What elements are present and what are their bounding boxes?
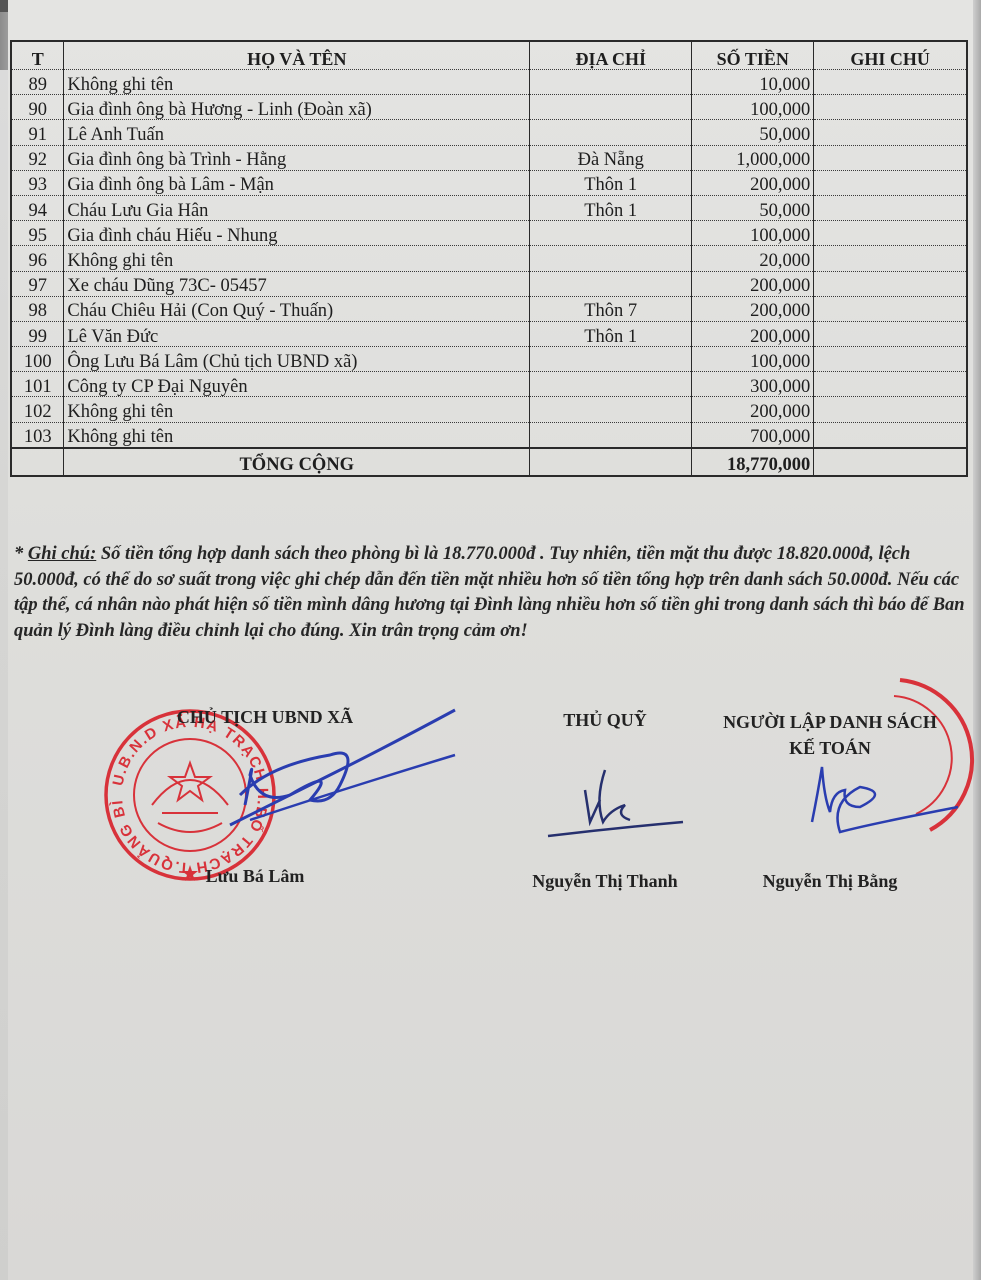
row-amount: 300,000 — [692, 372, 814, 397]
row-name: Ông Lưu Bá Lâm (Chủ tịch UBND xã) — [64, 347, 530, 372]
row-note — [814, 271, 967, 296]
row-note — [814, 321, 967, 346]
table-row: 96Không ghi tên20,000 — [11, 246, 967, 271]
chairman-name: Lưu Bá Lâm — [110, 866, 400, 887]
row-amount: 100,000 — [692, 221, 814, 246]
row-name: Xe cháu Dũng 73C- 05457 — [64, 271, 530, 296]
row-stt: 100 — [11, 347, 64, 372]
table-row: 92Gia đình ông bà Trình - HằngĐà Nẵng1,0… — [11, 145, 967, 170]
header-note: GHI CHÚ — [814, 41, 967, 70]
row-address — [530, 271, 692, 296]
row-stt: 94 — [11, 195, 64, 220]
row-amount: 200,000 — [692, 271, 814, 296]
row-amount: 200,000 — [692, 296, 814, 321]
table-row: 91Lê Anh Tuấn50,000 — [11, 120, 967, 145]
footnote-label: Ghi chú: — [28, 544, 96, 564]
table-row: 102Không ghi tên200,000 — [11, 397, 967, 422]
row-address — [530, 120, 692, 145]
row-note — [814, 170, 967, 195]
row-name: Không ghi tên — [64, 70, 530, 95]
treasurer-name: Nguyễn Thị Thanh — [520, 871, 690, 892]
row-note — [814, 397, 967, 422]
table-row: 95Gia đình cháu Hiếu - Nhung100,000 — [11, 221, 967, 246]
row-amount: 200,000 — [692, 170, 814, 195]
row-name: Gia đình ông bà Hương - Linh (Đoàn xã) — [64, 95, 530, 120]
row-stt: 103 — [11, 422, 64, 448]
row-amount: 50,000 — [692, 195, 814, 220]
row-address — [530, 221, 692, 246]
row-name: Cháu Chiêu Hải (Con Quý - Thuấn) — [64, 296, 530, 321]
total-row: TỔNG CỘNG 18,770,000 — [11, 448, 967, 476]
footnote-text: Số tiền tổng hợp danh sách theo phòng bì… — [14, 544, 965, 641]
table-row: 101Công ty CP Đại Nguyên300,000 — [11, 372, 967, 397]
background-edge-right — [973, 0, 981, 1280]
footnote: * Ghi chú: Số tiền tổng hợp danh sách th… — [14, 542, 969, 644]
row-note — [814, 195, 967, 220]
row-note — [814, 246, 967, 271]
row-stt: 90 — [11, 95, 64, 120]
row-address — [530, 372, 692, 397]
row-amount: 700,000 — [692, 422, 814, 448]
row-amount: 10,000 — [692, 70, 814, 95]
row-address — [530, 397, 692, 422]
row-name: Công ty CP Đại Nguyên — [64, 372, 530, 397]
row-stt: 96 — [11, 246, 64, 271]
row-stt: 98 — [11, 296, 64, 321]
row-stt: 92 — [11, 145, 64, 170]
row-note — [814, 95, 967, 120]
row-name: Lê Văn Đức — [64, 321, 530, 346]
row-name: Không ghi tên — [64, 246, 530, 271]
row-amount: 200,000 — [692, 397, 814, 422]
row-address — [530, 347, 692, 372]
table-row: 100Ông Lưu Bá Lâm (Chủ tịch UBND xã)100,… — [11, 347, 967, 372]
table-header-row: T HỌ VÀ TÊN ĐỊA CHỈ SỐ TIỀN GHI CHÚ — [11, 41, 967, 70]
row-amount: 1,000,000 — [692, 145, 814, 170]
row-note — [814, 296, 967, 321]
row-address: Thôn 7 — [530, 296, 692, 321]
row-amount: 50,000 — [692, 120, 814, 145]
row-amount: 20,000 — [692, 246, 814, 271]
table-row: 103Không ghi tên700,000 — [11, 422, 967, 448]
row-address: Đà Nẵng — [530, 145, 692, 170]
row-amount: 100,000 — [692, 347, 814, 372]
row-note — [814, 372, 967, 397]
row-name: Lê Anh Tuấn — [64, 120, 530, 145]
row-name: Không ghi tên — [64, 397, 530, 422]
table-row: 97Xe cháu Dũng 73C- 05457200,000 — [11, 271, 967, 296]
header-name: HỌ VÀ TÊN — [64, 41, 530, 70]
donation-table: T HỌ VÀ TÊN ĐỊA CHỈ SỐ TIỀN GHI CHÚ 89Kh… — [10, 40, 968, 477]
table-row: 93Gia đình ông bà Lâm - MậnThôn 1200,000 — [11, 170, 967, 195]
treasurer-title: THỦ QUỸ — [520, 707, 690, 733]
row-name: Không ghi tên — [64, 422, 530, 448]
header-amount: SỐ TIỀN — [692, 41, 814, 70]
table-row: 94Cháu Lưu Gia HânThôn 150,000 — [11, 195, 967, 220]
row-name: Gia đình ông bà Trình - Hằng — [64, 145, 530, 170]
row-name: Gia đình ông bà Lâm - Mận — [64, 170, 530, 195]
row-amount: 100,000 — [692, 95, 814, 120]
row-stt: 97 — [11, 271, 64, 296]
footnote-prefix: * — [14, 544, 28, 564]
row-name: Cháu Lưu Gia Hân — [64, 195, 530, 220]
header-stt: T — [11, 41, 64, 70]
row-address: Thôn 1 — [530, 195, 692, 220]
row-address — [530, 95, 692, 120]
table-row: 99Lê Văn ĐứcThôn 1200,000 — [11, 321, 967, 346]
row-note — [814, 221, 967, 246]
row-address — [530, 422, 692, 448]
signature-chairman-icon — [220, 705, 460, 835]
row-stt: 89 — [11, 70, 64, 95]
signature-treasurer-icon — [545, 760, 685, 840]
table-row: 90Gia đình ông bà Hương - Linh (Đoàn xã)… — [11, 95, 967, 120]
preparer-title-line2: KẾ TOÁN — [705, 735, 955, 761]
row-address — [530, 70, 692, 95]
total-amount: 18,770,000 — [692, 448, 814, 476]
preparer-name: Nguyễn Thị Bằng — [705, 871, 955, 892]
row-address: Thôn 1 — [530, 170, 692, 195]
row-address — [530, 246, 692, 271]
row-stt: 95 — [11, 221, 64, 246]
table-row: 89Không ghi tên10,000 — [11, 70, 967, 95]
row-stt: 102 — [11, 397, 64, 422]
row-note — [814, 422, 967, 448]
row-stt: 91 — [11, 120, 64, 145]
row-address: Thôn 1 — [530, 321, 692, 346]
signature-preparer-icon — [800, 762, 960, 837]
row-note — [814, 347, 967, 372]
row-note — [814, 145, 967, 170]
row-amount: 200,000 — [692, 321, 814, 346]
total-label: TỔNG CỘNG — [64, 448, 530, 476]
preparer-title-line1: NGƯỜI LẬP DANH SÁCH — [705, 709, 955, 735]
row-note — [814, 70, 967, 95]
table-row: 98Cháu Chiêu Hải (Con Quý - Thuấn)Thôn 7… — [11, 296, 967, 321]
row-stt: 101 — [11, 372, 64, 397]
header-address: ĐỊA CHỈ — [530, 41, 692, 70]
row-name: Gia đình cháu Hiếu - Nhung — [64, 221, 530, 246]
row-stt: 99 — [11, 321, 64, 346]
row-note — [814, 120, 967, 145]
row-stt: 93 — [11, 170, 64, 195]
